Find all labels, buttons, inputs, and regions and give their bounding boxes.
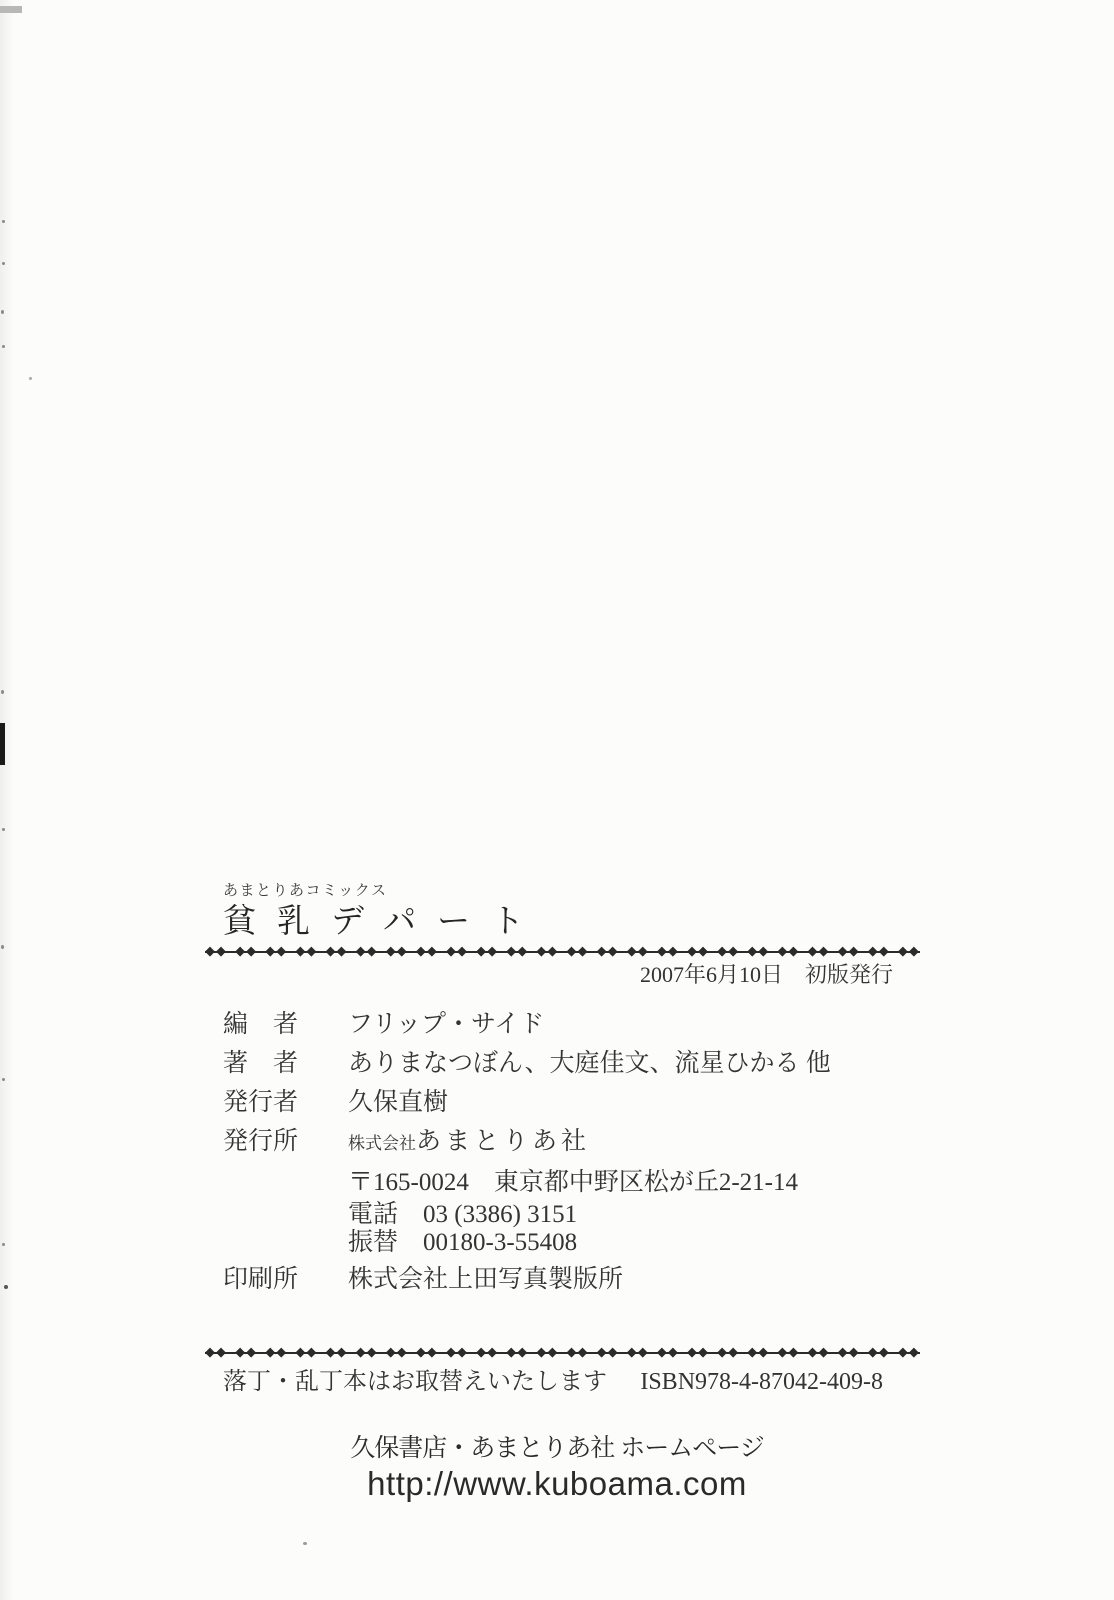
postal-transfer-number: 振替 00180-3-55408 <box>348 1229 577 1256</box>
credit-value: 久保直樹 <box>348 1089 448 1116</box>
scan-speck <box>2 262 5 265</box>
credit-row-publisher-person: 発行者久保直樹 <box>205 1090 920 1115</box>
credit-row-editor: 編 者フリップ・サイド <box>205 1012 920 1037</box>
decorative-divider-top: ◆◆ ◆◆ ◆◆ ◆◆ ◆◆ ◆◆ ◆◆ ◆◆ ◆◆ ◆◆ ◆◆ ◆◆ ◆◆ ◆… <box>205 946 920 958</box>
homepage-label: 久保書店・あまとりあ社 ホームページ <box>0 1432 1114 1464</box>
decorative-divider-bottom: ◆◆ ◆◆ ◆◆ ◆◆ ◆◆ ◆◆ ◆◆ ◆◆ ◆◆ ◆◆ ◆◆ ◆◆ ◆◆ ◆… <box>205 1347 920 1359</box>
scan-edge-shading <box>0 0 14 1600</box>
notice-row: 落丁・乱丁本はお取替えいたします ISBN978-4-87042-409-8 <box>205 1368 920 1396</box>
scan-speck <box>1 690 4 694</box>
scan-speck <box>2 220 5 223</box>
series-label: あまとりあコミックス <box>223 883 920 899</box>
credit-label: 発行所 <box>223 1129 348 1154</box>
corp-prefix: 株式会社 <box>348 1134 416 1153</box>
credit-row-postal-transfer: 振替 00180-3-55408 <box>205 1230 920 1255</box>
scan-speck <box>2 1243 5 1246</box>
credit-row-address: 〒165-0024 東京都中野区松が丘2-21-14 <box>205 1170 920 1195</box>
divider-diamonds: ◆◆ ◆◆ ◆◆ ◆◆ ◆◆ ◆◆ ◆◆ ◆◆ ◆◆ ◆◆ ◆◆ ◆◆ ◆◆ ◆… <box>205 946 920 958</box>
divider-diamonds: ◆◆ ◆◆ ◆◆ ◆◆ ◆◆ ◆◆ ◆◆ ◆◆ ◆◆ ◆◆ ◆◆ ◆◆ ◆◆ ◆… <box>205 1347 920 1359</box>
book-title: 貧乳デパート <box>223 904 920 940</box>
credit-label: 編 者 <box>223 1012 348 1037</box>
publisher-homepage-block: 久保書店・あまとりあ社 ホームページ http://www.kuboama.co… <box>0 1432 1114 1504</box>
credit-value: 株式会社あまとりあ社 <box>348 1128 590 1155</box>
scan-speck <box>2 1078 5 1081</box>
credit-label: 著 者 <box>223 1051 348 1076</box>
scan-speck <box>2 828 5 831</box>
credit-row-publishing-house: 発行所株式会社あまとりあ社 <box>205 1129 920 1156</box>
scan-artifact <box>0 723 5 765</box>
scan-artifact <box>0 6 22 13</box>
corp-name: あまとりあ社 <box>416 1128 590 1155</box>
credit-value: フリップ・サイド <box>348 1011 544 1038</box>
publisher-address: 〒165-0024 東京都中野区松が丘2-21-14 <box>348 1169 798 1196</box>
credit-label: 発行者 <box>223 1090 348 1115</box>
scan-speck <box>4 1285 8 1289</box>
credit-label: 印刷所 <box>223 1267 348 1292</box>
scan-speck <box>1 310 4 314</box>
colophon-block: あまとりあコミックス 貧乳デパート ◆◆ ◆◆ ◆◆ ◆◆ ◆◆ ◆◆ ◆◆ ◆… <box>205 883 920 1396</box>
credit-value: ありまなつぼん、大庭佳文、流星ひかる 他 <box>348 1050 831 1077</box>
colophon-page: あまとりあコミックス 貧乳デパート ◆◆ ◆◆ ◆◆ ◆◆ ◆◆ ◆◆ ◆◆ ◆… <box>0 0 1114 1600</box>
credits-table: 編 者フリップ・サイド 著 者ありまなつぼん、大庭佳文、流星ひかる 他 発行者久… <box>205 1012 920 1292</box>
credit-row-printer: 印刷所株式会社上田写真製版所 <box>205 1267 920 1292</box>
publisher-phone: 電話 03 (3386) 3151 <box>348 1201 577 1228</box>
edition-date: 2007年6月10日 初版発行 <box>205 960 920 990</box>
credit-row-authors: 著 者ありまなつぼん、大庭佳文、流星ひかる 他 <box>205 1051 920 1076</box>
credit-value: 株式会社上田写真製版所 <box>348 1266 623 1293</box>
scan-speck <box>29 377 32 380</box>
credit-row-phone: 電話 03 (3386) 3151 <box>205 1202 920 1227</box>
scan-speck <box>303 1542 307 1545</box>
isbn-number: ISBN978-4-87042-409-8 <box>640 1368 883 1396</box>
scan-speck <box>2 345 5 348</box>
scan-speck <box>1 945 4 949</box>
defect-replacement-notice: 落丁・乱丁本はお取替えいたします <box>223 1368 607 1396</box>
homepage-url: http://www.kuboama.com <box>0 1464 1114 1504</box>
